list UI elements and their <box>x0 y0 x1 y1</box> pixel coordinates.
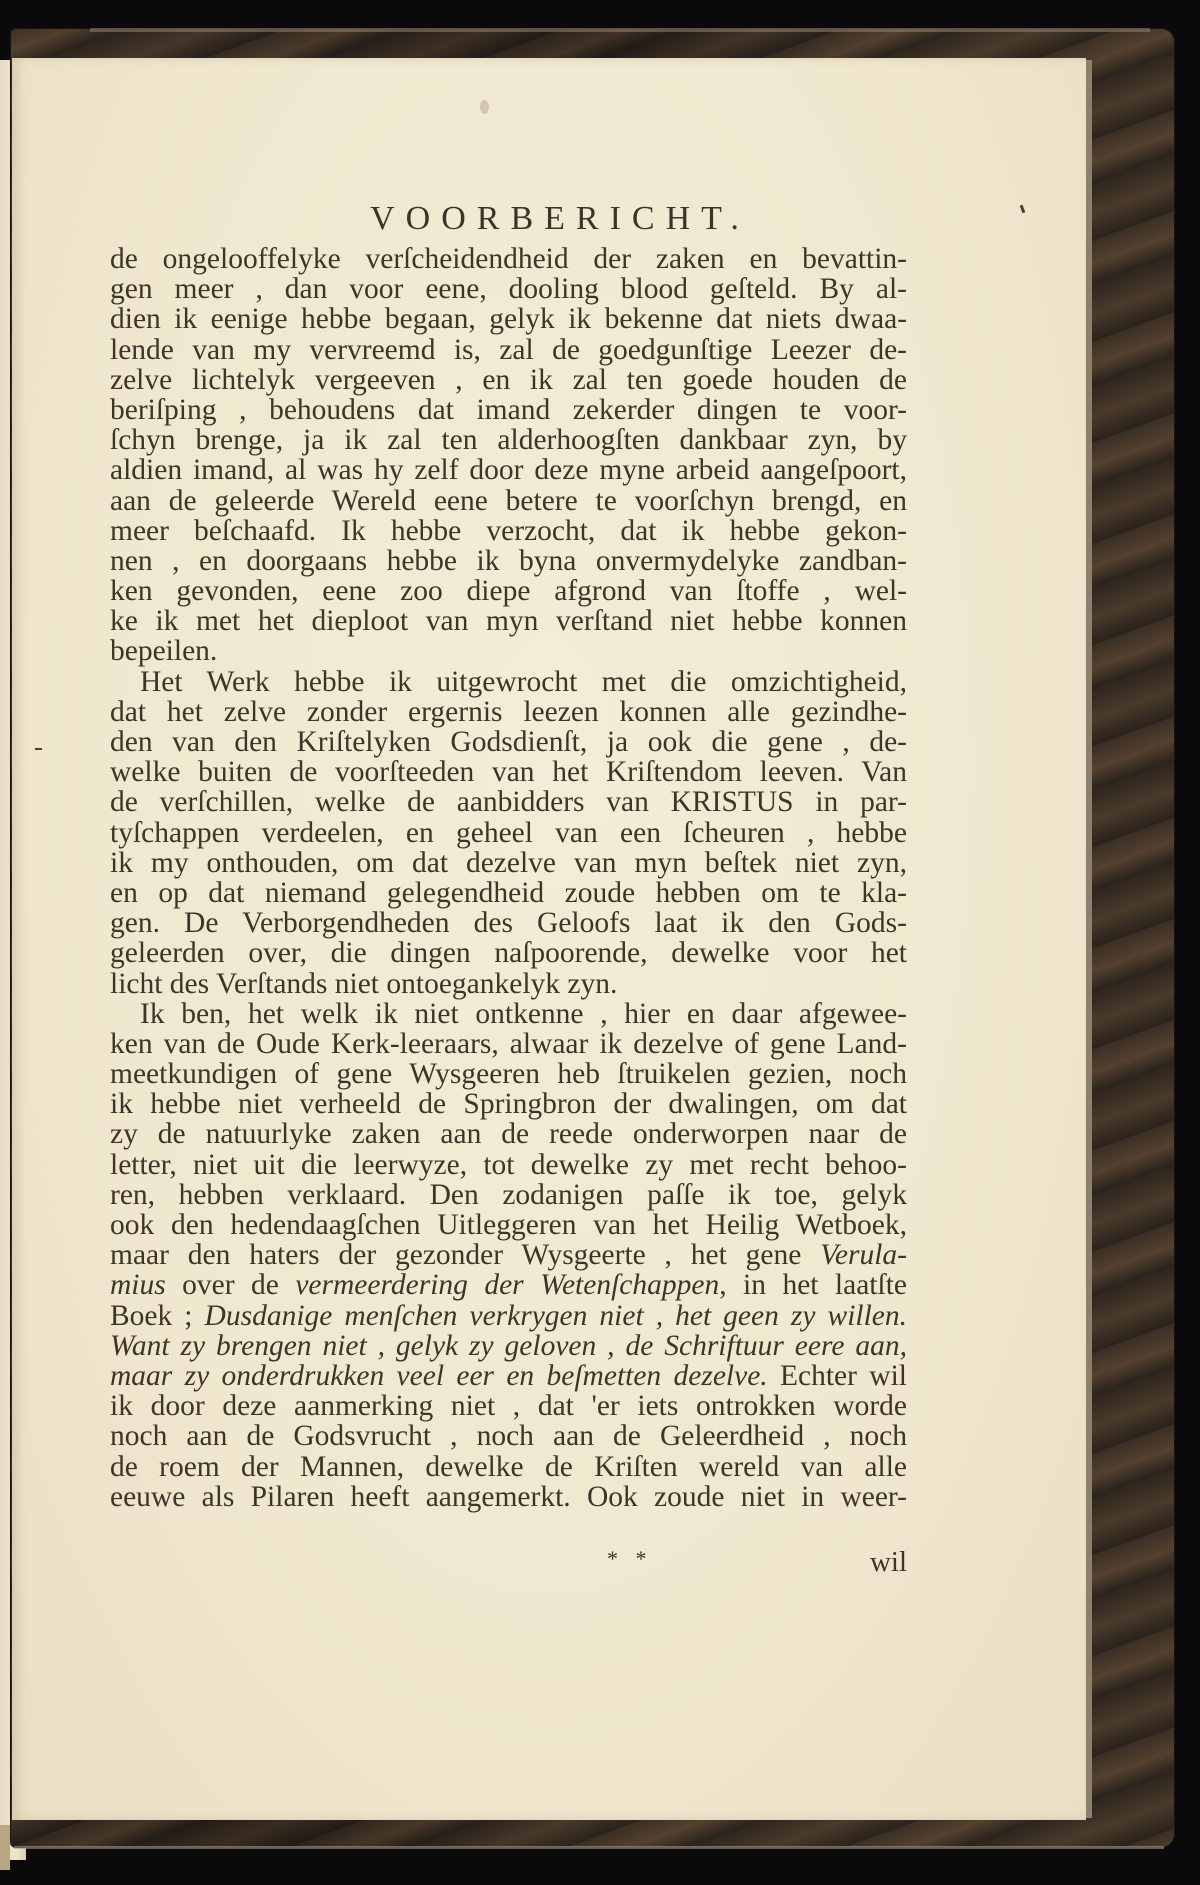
text-line: noch aan de Godsvrucht , noch aan de Gel… <box>110 1421 907 1451</box>
paragraph-2: Het Werk hebbe ik uitgewrocht met die om… <box>110 667 907 999</box>
text-line: dien ik eenige hebbe begaan, gelyk ik be… <box>110 304 907 334</box>
italic-span: Dusdanige menſchen verkrygen niet , het … <box>205 1300 907 1332</box>
running-head: VOORBERICHT. <box>0 200 1080 238</box>
signature-mark: * * <box>607 1546 653 1572</box>
text-line: lende van my vervreemd is, zal de goedgu… <box>110 335 907 365</box>
text-span: Boek ; <box>110 1300 205 1332</box>
catchword: wil <box>870 1546 907 1579</box>
text-line: de verſchillen, welke de aanbidders van … <box>110 787 907 817</box>
text-line: Ik ben, het welk ik niet ontkenne , hier… <box>110 999 907 1029</box>
text-line: zy de natuurlyke zaken aan de reede onde… <box>110 1119 907 1149</box>
text-line: Het Werk hebbe ik uitgewrocht met die om… <box>110 667 907 697</box>
text-line: geleerden over, die dingen naſpoorende, … <box>110 938 907 968</box>
text-line: bepeilen. <box>110 636 907 666</box>
body-text: de ongelooffelyke verſcheidendheid der z… <box>110 244 907 1512</box>
binding-edge-top <box>90 28 1150 32</box>
text-line: welke buiten de voorſteeden van het Kriſ… <box>110 757 907 787</box>
text-line: ſchyn brenge, ja ik zal ten alderhoogſte… <box>110 425 907 455</box>
text-line: de roem der Mannen, dewelke de Kriſten w… <box>110 1452 907 1482</box>
italic-span: maar zy onderdrukken veel eer en beſmett… <box>110 1360 768 1392</box>
footer-line: * * wil <box>110 1546 907 1576</box>
italic-span: vermeerdering der Wetenſchappen <box>295 1269 719 1301</box>
text-line: tyſchappen verdeelen, en geheel van een … <box>110 818 907 848</box>
text-line: ik hebbe niet verheeld de Springbron der… <box>110 1089 907 1119</box>
text-line: ik my onthouden, om dat dezelve van myn … <box>110 848 907 878</box>
text-line: ken gevonden, eene zoo diepe afgrond van… <box>110 576 907 606</box>
text-line: en op dat niemand gelegendheid zoude heb… <box>110 878 907 908</box>
text-line: den van den Kriſtelyken Godsdienſt, ja o… <box>110 727 907 757</box>
text-line-mixed: maar zy onderdrukken veel eer en beſmett… <box>110 1361 907 1391</box>
text-line: ren, hebben verklaard. Den zodanigen paſ… <box>110 1180 907 1210</box>
italic-span: Verula- <box>820 1239 907 1271</box>
text-span: maar den haters der gezonder Wysgeerte ,… <box>110 1239 820 1271</box>
text-line: ken van de Oude Kerk-leeraars, alwaar ik… <box>110 1029 907 1059</box>
text-line-mixed: maar den haters der gezonder Wysgeerte ,… <box>110 1240 907 1270</box>
text-line: aan de geleerde Wereld eene betere te vo… <box>110 486 907 516</box>
binding-edge-bottom <box>14 1846 1164 1849</box>
text-line: ke ik met het dieploot van myn verſtand … <box>110 606 907 636</box>
text-line: meer beſchaafd. Ik hebbe verzocht, dat i… <box>110 516 907 546</box>
margin-mark <box>35 748 42 750</box>
text-line: beriſping , behoudens dat imand zekerder… <box>110 395 907 425</box>
text-line: gen. De Verborgendheden des Geloofs laat… <box>110 908 907 938</box>
text-line: zelve lichtelyk vergeeven , en ik zal te… <box>110 365 907 395</box>
text-line: nen , en doorgaans hebbe ik byna onvermy… <box>110 546 907 576</box>
text-line: dat het zelve zonder ergernis leezen kon… <box>110 697 907 727</box>
text-span: Echter wil <box>768 1360 907 1392</box>
text-line: ook den hedendaagſchen Uitleggeren van h… <box>110 1210 907 1240</box>
text-line-mixed: Boek ; Dusdanige menſchen verkrygen niet… <box>110 1301 907 1331</box>
page-fore-edge <box>1086 60 1092 1818</box>
text-line: letter, niet uit die leerwyze, tot dewel… <box>110 1150 907 1180</box>
paper-stain <box>480 100 489 114</box>
text-line-mixed: mius over de vermeerdering der Wetenſcha… <box>110 1270 907 1300</box>
text-line: de ongelooffelyke verſcheidendheid der z… <box>110 244 907 274</box>
paragraph-3: Ik ben, het welk ik niet ontkenne , hier… <box>110 999 907 1512</box>
text-line: gen meer , dan voor eene, dooling blood … <box>110 274 907 304</box>
facing-cover-strip <box>0 1825 10 1870</box>
italic-span: mius <box>110 1269 166 1301</box>
text-line: licht des Verſtands niet ontoegankelyk z… <box>110 969 907 999</box>
text-line-italic: Want zy brengen niet , gelyk zy geloven … <box>110 1331 907 1361</box>
text-span: over de <box>166 1269 296 1301</box>
text-span: , in het laatſte <box>719 1269 907 1301</box>
text-line: meetkundigen of gene Wysgeeren heb ſtrui… <box>110 1059 907 1089</box>
paragraph-1: de ongelooffelyke verſcheidendheid der z… <box>110 244 907 667</box>
text-line: eeuwe als Pilaren heeft aangemerkt. Ook … <box>110 1482 907 1512</box>
text-line: ik door deze aanmerking niet , dat 'er i… <box>110 1391 907 1421</box>
text-line: aldien imand, al was hy zelf door deze m… <box>110 455 907 485</box>
